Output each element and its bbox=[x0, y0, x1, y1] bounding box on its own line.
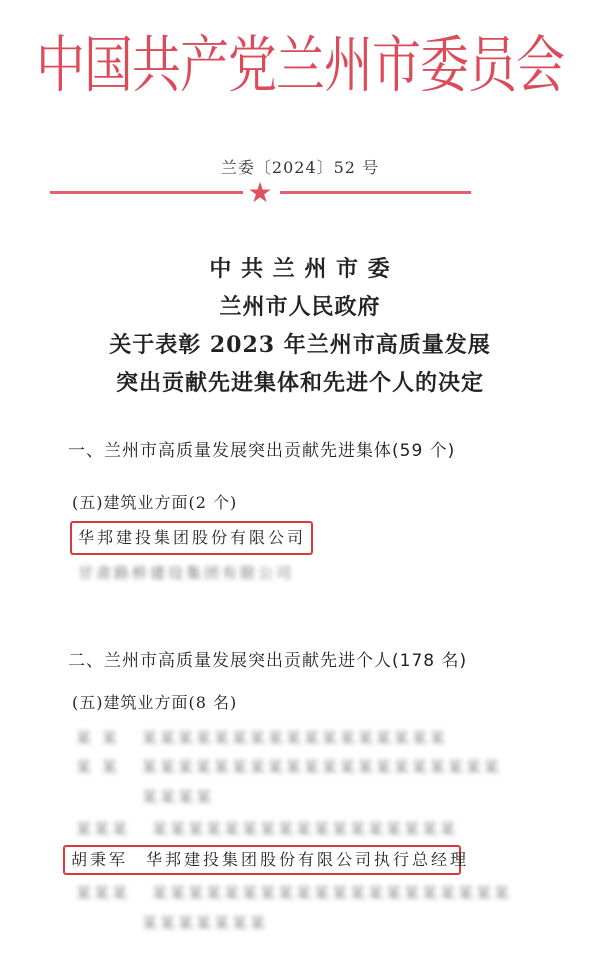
blurred-name: 某某某 bbox=[76, 884, 130, 902]
blurred-person-row-continuation: 某某某某 bbox=[142, 786, 214, 807]
blurred-name: 某某某 bbox=[76, 820, 130, 838]
title-line-3: 关于表彰 2023 年兰州市高质量发展 bbox=[0, 328, 600, 359]
blurred-detail: 某某某某某某某某某某某某某某某某某某某某 bbox=[142, 758, 502, 776]
blurred-detail: 某某某某某某某某某某某某某某某某某 bbox=[152, 820, 458, 838]
blurred-person-row: 某 某某某某某某某某某某某某某某某某某某 bbox=[76, 727, 448, 748]
blurred-company-entry: 甘肃路桥建设集团有限公司 bbox=[78, 562, 294, 583]
blurred-person-row: 某某某某某某某某某某某某某某某某某某某某 bbox=[76, 818, 458, 839]
section-2-heading: 二、兰州市高质量发展突出贡献先进个人(178 名) bbox=[68, 646, 467, 671]
blurred-name: 某 某 bbox=[76, 758, 120, 776]
blurred-detail: 某某某某某某某某某某某某某某某某某 bbox=[142, 729, 448, 747]
red-rule-left bbox=[50, 191, 243, 194]
section-1-subheading: (五)建筑业方面(2 个) bbox=[72, 490, 237, 513]
organization-title: 中国共产党兰州市委员会 bbox=[0, 22, 600, 110]
title-line-1: 中 共 兰 州 市 委 bbox=[0, 252, 600, 283]
person-name: 胡秉军 bbox=[71, 850, 128, 869]
section-2-subheading: (五)建筑业方面(8 名) bbox=[72, 690, 237, 713]
blurred-person-row: 某某某某某某某某某某某某某某某某某某某某某某某 bbox=[76, 882, 512, 903]
title-line-4: 突出贡献先进集体和先进个人的决定 bbox=[0, 366, 600, 397]
blurred-name: 某 某 bbox=[76, 729, 120, 747]
highlighted-company-entry: 华邦建投集团股份有限公司 bbox=[70, 521, 313, 555]
highlighted-person-entry: 胡秉军华邦建投集团股份有限公司执行总经理 bbox=[63, 845, 461, 875]
star-icon: ★ bbox=[245, 178, 275, 208]
red-rule-right bbox=[280, 191, 471, 194]
title-line-2: 兰州市人民政府 bbox=[0, 290, 600, 321]
blurred-person-row-continuation: 某某某某某某某 bbox=[142, 912, 268, 933]
blurred-person-row: 某 某某某某某某某某某某某某某某某某某某某某某 bbox=[76, 756, 502, 777]
section-1-heading: 一、兰州市高质量发展突出贡献先进集体(59 个) bbox=[68, 436, 455, 461]
blurred-detail: 某某某某某某某某某某某某某某某某某某某某 bbox=[152, 884, 512, 902]
document-number: 兰委〔2024〕52 号 bbox=[0, 155, 600, 178]
person-title: 华邦建投集团股份有限公司执行总经理 bbox=[146, 850, 469, 869]
